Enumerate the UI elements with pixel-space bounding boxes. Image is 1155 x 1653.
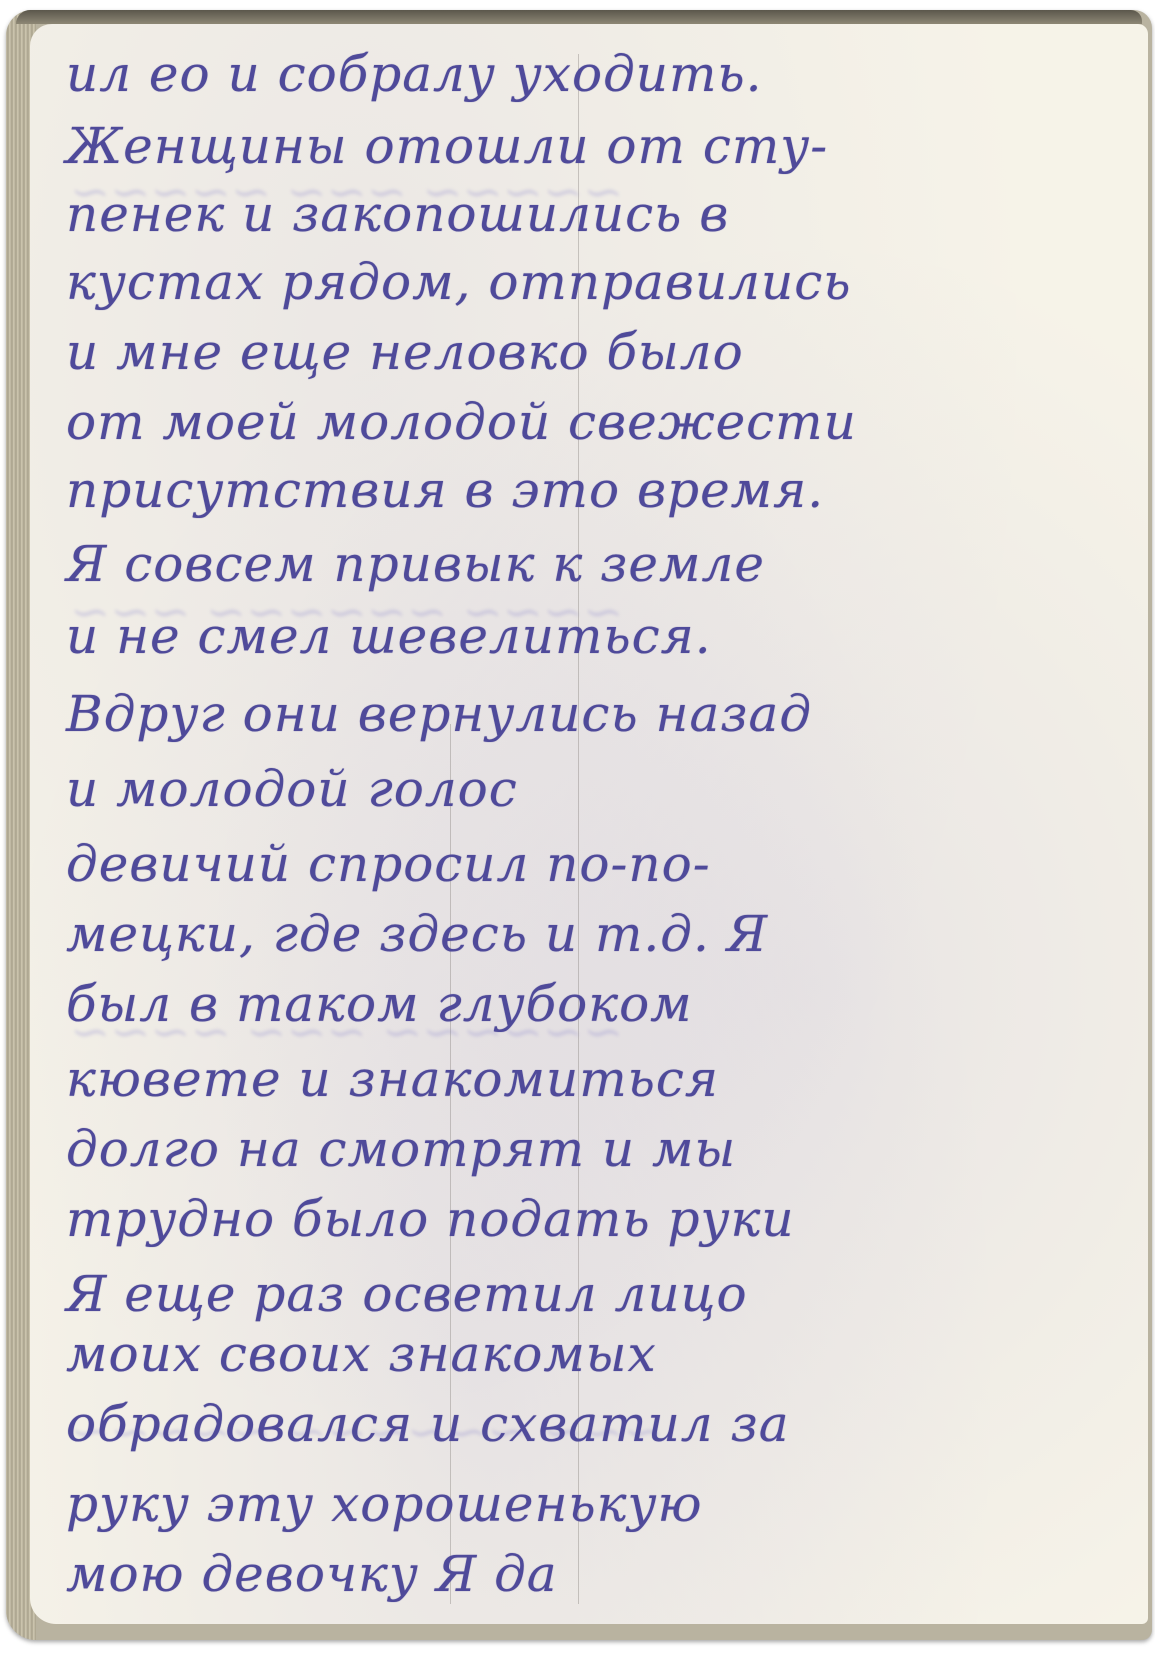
handwritten-line: Вдруг они вернулись назад <box>66 684 812 744</box>
handwritten-line: долго на смотрят и мы <box>66 1119 736 1179</box>
handwritten-line: мою девочку Я да <box>66 1544 558 1604</box>
handwritten-line: кустах рядом, отправились <box>66 252 851 312</box>
handwritten-line: и молодой голос <box>66 759 518 819</box>
handwritten-line: от моей молодой свежести <box>66 392 857 452</box>
handwritten-line: руку эту хорошенькую <box>66 1474 702 1534</box>
notebook-top-edge <box>16 10 1142 24</box>
handwritten-line: Женщины отошли от сту- <box>66 116 828 176</box>
handwritten-line: и не смел шевелиться. <box>66 606 712 666</box>
handwritten-line: и мне еще неловко было <box>66 322 744 382</box>
handwritten-line: Я совсем привык к земле <box>66 534 765 594</box>
handwritten-line: моих своих знакомых <box>66 1324 657 1384</box>
handwritten-line: присутствия в это время. <box>66 460 824 520</box>
diary-page: ~~~~~ ~~~ ~~~~~ ~~~~ ~~~~~~ ~~~ ~~~~~~ ~… <box>30 24 1148 1624</box>
handwritten-line: пенек и закопошились в <box>66 184 729 244</box>
handwritten-line: ил ео и собралу уходить. <box>66 44 763 104</box>
handwritten-line: обрадовался и схватил за <box>66 1394 790 1454</box>
handwritten-line: девичий спросил по-по- <box>66 834 711 894</box>
handwritten-line: трудно было подать руки <box>66 1189 795 1249</box>
notebook: ~~~~~ ~~~ ~~~~~ ~~~~ ~~~~~~ ~~~ ~~~~~~ ~… <box>6 10 1152 1640</box>
handwritten-line: Я еще раз осветил лицо <box>66 1264 748 1324</box>
handwritten-line: был в таком глубоком <box>66 974 693 1034</box>
handwritten-line: кювете и знакомиться <box>66 1049 719 1109</box>
handwritten-line: мецки, где здесь и т.д. Я <box>66 904 768 964</box>
